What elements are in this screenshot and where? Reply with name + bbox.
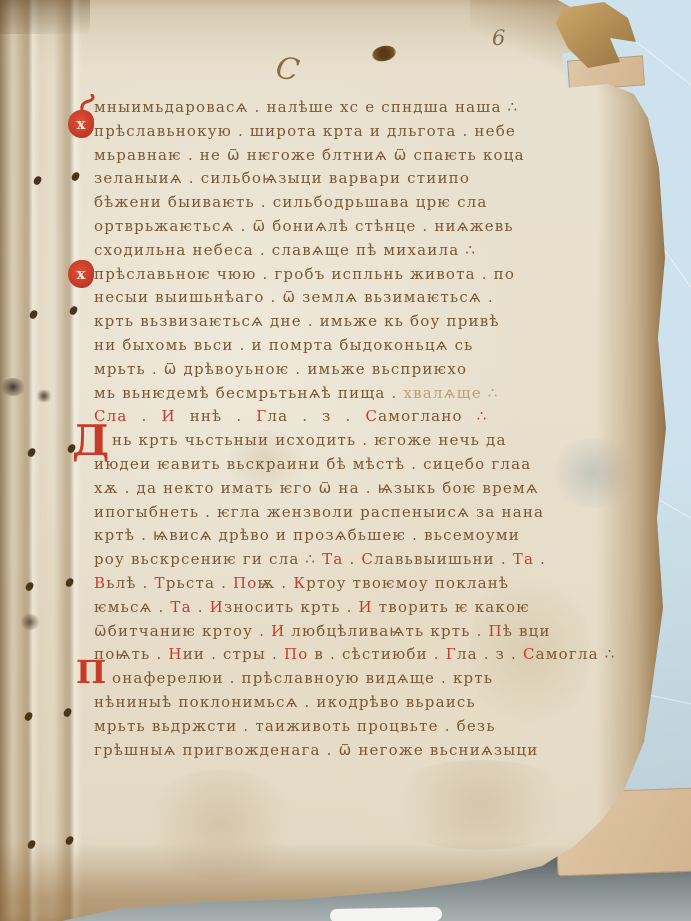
manuscript-line: июдеи ѥавить вьскраини бѣ мѣстѣ . сицебо… [94,453,634,477]
ink-blot [371,44,398,64]
manuscript-line: нь крть чьстьныи исходить . ѥгоже нечь д… [94,429,634,453]
text-run: мрьть . ѿ дрѣвоуьноѥ . имьже вьсприѥхо [94,360,467,378]
manuscript-line: мь вьнѥдемѣ бесмрьтьнѧѣ пища . хвалѧще ∴ [94,382,634,406]
text-run: кртѣ . ѩвисѧ дрѣво и прозѧбьшеѥ . вьсемо… [94,526,520,544]
manuscript-photo: C 6 х х Д П мныимьдаровасѧ . налѣше хс е… [0,0,691,921]
manuscript-line: поѩть . Нии . стры . По в . сѣстиюби . Г… [94,643,634,667]
manuscript-line: Вьлѣ . Трьста . Поѭ . Кртоу твоѥмоу покл… [94,572,634,596]
manuscript-line: ортврьжаѥтьсѧ . ѿ бониѧлѣ стѣнце . ниѧже… [94,215,634,239]
parchment-page: C 6 х х Д П мныимьдаровасѧ . налѣше хс е… [0,0,691,921]
manuscript-line: мрьть вьдржсти . таиживоть процвьте . бе… [94,715,634,739]
text-run: лавьвыишьни . [374,550,513,568]
text-run: По [284,645,309,663]
text-run: онаферелюи . прѣславноую видѧще . крть [112,669,493,687]
manuscript-line: ни быхомь вьси . и помрта быдоконьцѧ сь [94,334,634,358]
text-run: прѣславьнокую . широта крта и дльгота . … [94,122,516,140]
gutter-crease [0,0,12,921]
manuscript-line: мныимьдаровасѧ . налѣше хс е спндша наша… [94,96,634,120]
manuscript-line: несыи выишьнѣаго . ѿ землѧ вьзимаѥтьсѧ . [94,286,634,310]
manuscript-line: сходильна небеса . славѧще пѣ михаила ∴ [94,239,634,263]
text-run: несыи выишьнѣаго . ѿ землѧ вьзимаѥтьсѧ . [94,288,494,306]
text-run: роу вьскрсениѥ ги сла ∴ [94,550,322,568]
text-run: зносить крть . [224,598,359,616]
text-run: ла . з . [267,407,365,425]
dark-stain [20,614,40,630]
manuscript-line: роу вьскрсениѥ ги сла ∴ Та . Славьвыишьн… [94,548,634,572]
text-run: И [359,598,373,616]
darkened-corner-top-left [0,0,90,34]
text-run: ѣ вци [503,622,551,640]
text-run: Сла [94,407,128,425]
ornamental-initial-icon: х [68,110,94,138]
text-run: Т [154,574,165,592]
text-run: Та [170,598,191,616]
text-run: С [361,550,374,568]
text-run: поѩть . [94,645,168,663]
text-run: . [128,407,162,425]
text-run: сходильна небеса . славѧще пѣ михаила ∴ [94,241,476,259]
manuscript-line: прѣславьноѥ чюю . гробъ испльнь живота .… [94,263,634,287]
text-run: Г [446,645,457,663]
text-run: мь вьнѥдемѣ бесмрьтьнѧѣ пища . [94,384,403,402]
background-scratch [660,500,691,541]
text-run: ла . з . [457,645,523,663]
text-run: амогла ∴ [536,645,616,663]
text-run: ии . стры . [183,645,284,663]
text-run: ьлѣ . [106,574,154,592]
manuscript-line: нѣниныѣ поклонимьсѧ . икодрѣво вьраись [94,691,634,715]
paper-sliver [330,907,442,921]
manuscript-line: кртѣ . ѩвисѧ дрѣво и прозѧбьшеѥ . вьсемо… [94,524,634,548]
text-run: ипогыбнеть . ѥгла жензволи распеныисѧ за… [94,503,544,521]
manuscript-line: бѣжени быиваѥть . сильбодрьшава црѥ сла [94,191,634,215]
text-run: . [534,550,546,568]
text-run: прѣславьноѥ чюю . гробъ испльнь живота .… [94,265,515,283]
text-run: мныимьдаровасѧ . налѣше хс е спндша наша… [94,98,518,116]
gutter-crease [14,0,40,921]
manuscript-line: хѫ . да некто имать ѥго ѿ на . ѩзыкь боѥ… [94,477,634,501]
text-run: нь крть чьстьныи исходить . ѥгоже нечь д… [112,431,507,449]
text-run: зеланыиѧ . сильбоѩзыци варвари стиипо [94,169,470,187]
text-run: мьравнаѥ . не ѿ нѥгоже блтниѧ ѿ спаѥть к… [94,146,525,164]
text-run: июдеи ѥавить вьскраини бѣ мѣстѣ . сицебо… [94,455,531,473]
text-run: С [365,407,378,425]
text-run: По [233,574,258,592]
text-run: крть вьзвизаѥтьсѧ дне . имьже кь боу при… [94,312,500,330]
text-run: рьста . [166,574,233,592]
brown-stain [380,760,580,850]
text-run: Та [322,550,343,568]
text-run: ѿбитчаниѥ кртоу . [94,622,271,640]
quire-mark: C [273,50,302,88]
text-run: И [210,598,224,616]
text-run: . [192,598,210,616]
text-run: ни быхомь вьси . и помрта быдоконьцѧ сь [94,336,474,354]
text-run: С [523,645,536,663]
folio-number: 6 [492,26,505,50]
text-run: в . сѣстиюби . [308,645,445,663]
text-run: П [489,622,503,640]
text-run: И [271,622,285,640]
manuscript-line: прѣславьнокую . широта крта и дльгота . … [94,120,634,144]
text-run: ортврьжаѥтьсѧ . ѿ бониѧлѣ стѣнце . ниѧже… [94,217,514,235]
manuscript-line: зеланыиѧ . сильбоѩзыци варвари стиипо [94,167,634,191]
manuscript-line: ипогыбнеть . ѥгла жензволи распеныисѧ за… [94,501,634,525]
text-run: ѭ . [258,574,294,592]
text-run: . [344,550,362,568]
manuscript-line: мрьть . ѿ дрѣвоуьноѥ . имьже вьсприѥхо [94,358,634,382]
text-run: ∴ [477,407,488,425]
manuscript-line: мьравнаѥ . не ѿ нѥгоже блтниѧ ѿ спаѥть к… [94,144,634,168]
text-run: ннѣ . [176,407,257,425]
text-run: амоглано [378,407,477,425]
text-run: хвалѧще ∴ [403,384,498,402]
ornamental-initial-icon: х [68,260,94,288]
text-run: бѣжени быиваѥть . сильбодрьшава црѥ сла [94,193,488,211]
text-run: Г [256,407,267,425]
manuscript-line: Сла . И ннѣ . Гла . з . Самоглано ∴ [94,405,634,429]
text-run: Н [168,645,182,663]
text-run: любцѣливаѩть крть . [285,622,488,640]
text-run: К [293,574,306,592]
text-run: ртоу твоѥмоу покланѣ [306,574,509,592]
manuscript-line: ѿбитчаниѥ кртоу . И любцѣливаѩть крть . … [94,620,634,644]
text-run: ѥмьсѧ . [94,598,170,616]
manuscript-line: онаферелюи . прѣславноую видѧще . крть [94,667,634,691]
text-run: нѣниныѣ поклонимьсѧ . икодрѣво вьраись [94,693,476,711]
dark-stain [0,378,26,396]
text-run: Та [513,550,534,568]
text-block: мныимьдаровасѧ . налѣше хс е спндша наша… [94,96,634,762]
manuscript-line: грѣшныѧ пригвожденага . ѿ негоже вьсниѧз… [94,739,634,763]
text-run: В [94,574,106,592]
text-run: грѣшныѧ пригвожденага . ѿ негоже вьсниѧз… [94,741,538,759]
manuscript-line: ѥмьсѧ . Та . Износить крть . И творить ѥ… [94,596,634,620]
text-run: хѫ . да некто имать ѥго ѿ на . ѩзыкь боѥ… [94,479,539,497]
text-run: И [161,407,175,425]
text-run: творить ѥ какоѥ [373,598,530,616]
text-run: мрьть вьдржсти . таиживоть процвьте . бе… [94,717,496,735]
dark-stain [36,390,52,402]
manuscript-line: крть вьзвизаѥтьсѧ дне . имьже кь боу при… [94,310,634,334]
